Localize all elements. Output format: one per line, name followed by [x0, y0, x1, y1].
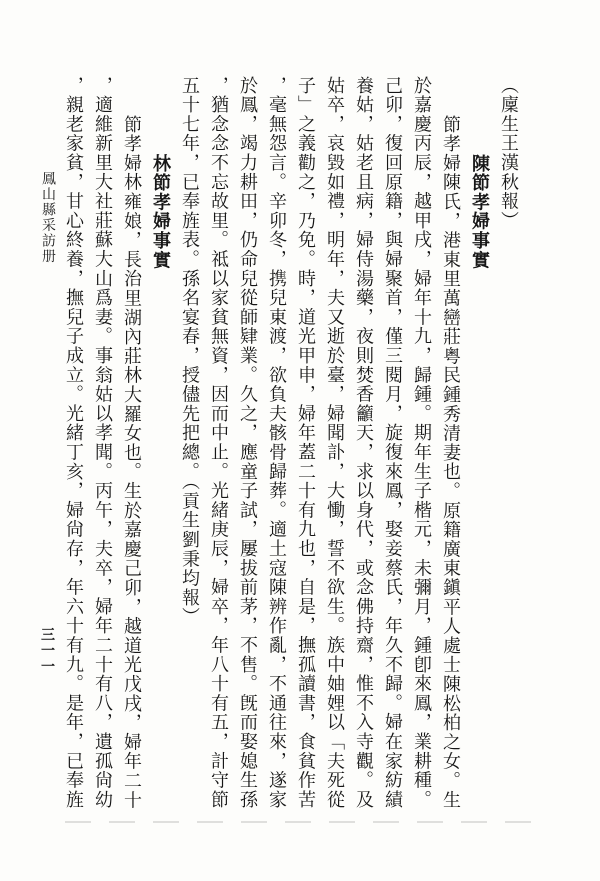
scanned-book-page: 鳳山縣采訪册 三一一 （廩生王漢秋報） 陳節孝婦事實 節孝婦陳氏，港東里萬巒莊粤…	[0, 0, 600, 881]
text-column: 己卯，復回原籍，與婦聚首，僅三閱月，旋復來鳳，娶妾蔡氏，年久不歸。婦在家紡績	[378, 76, 407, 818]
reporter-note: （廩生王漢秋報）	[494, 76, 523, 818]
text-column: 子」之義勸之，乃免。時，道光甲申，婦年蓋二十有九也，自是，撫孤讀書，食貧作苦	[291, 76, 320, 818]
text-column: 姑卒，哀毀如禮，明年，夫又逝於臺，婦聞訃，大慟，誓不欲生。族中妯娌以「夫死從	[320, 76, 349, 818]
text-column: 節孝婦林雍娘，長治里湖內莊林大羅女也。生於嘉慶己卯，越道光戊戌，婦年二十	[117, 76, 146, 818]
text-column: 五十七年，已奉旌表。孫名宴春，授儘先把總。（貢生劉秉均報）	[175, 76, 204, 818]
text-column: ，適維新里大社莊蘇大山爲妻。事翁姑以孝聞。丙午，夫卒，婦年二十有八，遺孤尙幼	[88, 76, 117, 818]
section-title-lin: 林節孝婦事實	[146, 76, 175, 818]
text-column: ，毫無怨言。辛卯冬，携兒東渡，欲負夫骸骨歸葬。適土寇陳辨作亂，不通往來，遂家	[262, 76, 291, 818]
text-block: （廩生王漢秋報） 陳節孝婦事實 節孝婦陳氏，港東里萬巒莊粤民鍾秀清妻也。原籍廣東…	[57, 76, 523, 818]
text-column: 於鳳，竭力耕田，仍命兒從師肄業。久之，應童子試，屢拔前茅，不售。旣而娶媳生孫	[233, 76, 262, 818]
text-column: 節孝婦陳氏，港東里萬巒莊粤民鍾秀清妻也。原籍廣東鎭平人處士陳松柏之女。生	[436, 76, 465, 818]
section-title-chen: 陳節孝婦事實	[465, 76, 494, 818]
text-column: ，親老家貧，甘心終養，撫兒子成立。光緒丁亥，婦尙存，年六十有九。是年，已奉旌	[59, 76, 88, 818]
book-spine-title: 鳳山縣采訪册	[38, 171, 56, 264]
text-column: 養姑，姑老且病，婦侍湯藥，夜則焚香籲天，求以身代，或念佛持齋，惟不入寺觀。及	[349, 76, 378, 818]
text-column: ，猶念念不忘故里。祗以家貧無資，因而中止。光緒庚辰，婦卒，年八十有五，計守節	[204, 76, 233, 818]
text-column: 於嘉慶丙辰，越甲戌，婦年十九，歸鍾。期年生子楷元，未彌月，鍾卽來鳳，業耕種。	[407, 76, 436, 818]
page-number: 三一一	[37, 627, 55, 675]
scan-artifact-line	[65, 821, 545, 823]
